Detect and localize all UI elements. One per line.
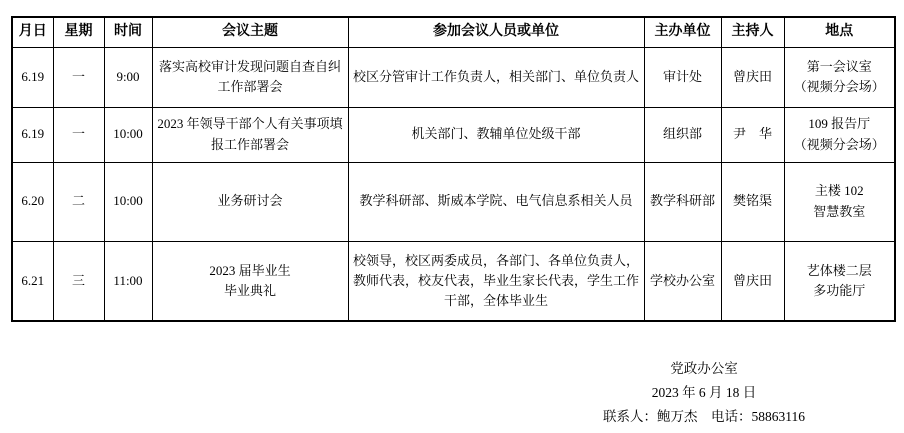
header-host: 主持人 bbox=[721, 17, 784, 47]
cell-host: 尹 华 bbox=[721, 107, 784, 162]
cell-host: 樊铭渠 bbox=[721, 162, 784, 241]
cell-date: 6.19 bbox=[12, 47, 53, 107]
cell-topic: 落实高校审计发现问题自查自纠 工作部署会 bbox=[152, 47, 348, 107]
cell-organizer: 学校办公室 bbox=[644, 241, 721, 321]
header-attendees: 参加会议人员或单位 bbox=[348, 17, 644, 47]
table-row: 6.19 一 9:00 落实高校审计发现问题自查自纠 工作部署会 校区分管审计工… bbox=[12, 47, 895, 107]
header-date: 月日 bbox=[12, 17, 53, 47]
cell-date: 6.19 bbox=[12, 107, 53, 162]
table-row: 6.20 二 10:00 业务研讨会 教学科研部、斯威本学院、电气信息系相关人员… bbox=[12, 162, 895, 241]
header-time: 时间 bbox=[104, 17, 152, 47]
cell-weekday: 三 bbox=[53, 241, 104, 321]
header-topic: 会议主题 bbox=[152, 17, 348, 47]
header-location: 地点 bbox=[784, 17, 895, 47]
cell-time: 11:00 bbox=[104, 241, 152, 321]
cell-date: 6.20 bbox=[12, 162, 53, 241]
header-row: 月日 星期 时间 会议主题 参加会议人员或单位 主办单位 主持人 地点 bbox=[12, 17, 895, 47]
meeting-schedule-table: 月日 星期 时间 会议主题 参加会议人员或单位 主办单位 主持人 地点 6.19… bbox=[11, 16, 896, 322]
cell-location: 主楼 102 智慧教室 bbox=[784, 162, 895, 241]
cell-host: 曾庆田 bbox=[721, 47, 784, 107]
cell-location: 109 报告厅 （视频分会场） bbox=[784, 107, 895, 162]
header-organizer: 主办单位 bbox=[644, 17, 721, 47]
cell-attendees: 校领导，校区两委成员，各部门、各单位负责人，教师代表，校友代表，毕业生家长代表，… bbox=[348, 241, 644, 321]
table-row: 6.19 一 10:00 2023 年领导干部个人有关事项填 报工作部署会 机关… bbox=[12, 107, 895, 162]
signature-block: 党政办公室 2023 年 6 月 18 日 联系人：鲍万杰 电话：5886311… bbox=[529, 357, 879, 429]
issue-date: 2023 年 6 月 18 日 bbox=[529, 381, 879, 405]
cell-topic: 2023 届毕业生 毕业典礼 bbox=[152, 241, 348, 321]
cell-location: 第一会议室 （视频分会场） bbox=[784, 47, 895, 107]
cell-time: 10:00 bbox=[104, 162, 152, 241]
cell-time: 10:00 bbox=[104, 107, 152, 162]
cell-organizer: 教学科研部 bbox=[644, 162, 721, 241]
cell-weekday: 一 bbox=[53, 47, 104, 107]
cell-location: 艺体楼二层 多功能厅 bbox=[784, 241, 895, 321]
cell-weekday: 一 bbox=[53, 107, 104, 162]
table-row: 6.21 三 11:00 2023 届毕业生 毕业典礼 校领导，校区两委成员，各… bbox=[12, 241, 895, 321]
contact-line: 联系人：鲍万杰 电话：58863116 bbox=[529, 405, 879, 429]
header-weekday: 星期 bbox=[53, 17, 104, 47]
cell-attendees: 教学科研部、斯威本学院、电气信息系相关人员 bbox=[348, 162, 644, 241]
cell-weekday: 二 bbox=[53, 162, 104, 241]
cell-attendees: 机关部门、教辅单位处级干部 bbox=[348, 107, 644, 162]
cell-topic: 业务研讨会 bbox=[152, 162, 348, 241]
cell-date: 6.21 bbox=[12, 241, 53, 321]
cell-host: 曾庆田 bbox=[721, 241, 784, 321]
cell-topic: 2023 年领导干部个人有关事项填 报工作部署会 bbox=[152, 107, 348, 162]
cell-time: 9:00 bbox=[104, 47, 152, 107]
cell-organizer: 审计处 bbox=[644, 47, 721, 107]
issuing-office: 党政办公室 bbox=[529, 357, 879, 381]
cell-organizer: 组织部 bbox=[644, 107, 721, 162]
cell-attendees: 校区分管审计工作负责人，相关部门、单位负责人 bbox=[348, 47, 644, 107]
